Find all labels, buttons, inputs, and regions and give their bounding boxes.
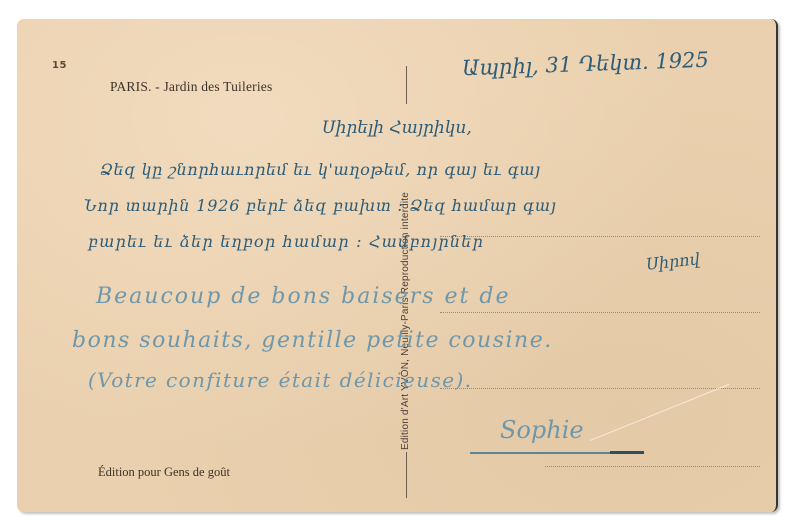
postcard-title: PARIS. - Jardin des Tuileries (110, 79, 272, 95)
divider-bottom (406, 452, 407, 498)
handwritten-greeting: Սիրելի Հայրիկս, (322, 118, 472, 138)
french-line-1: Beaucoup de bons baisers et de (96, 284, 510, 309)
card-number: 15 (52, 60, 67, 71)
french-line-3: (Votre confiture était délicieuse). (88, 368, 472, 392)
handwritten-line-1: Ձեզ կը շնորհաւորեմ եւ կ'աղօթեմ, որ գայ ե… (100, 160, 541, 179)
address-line-1 (440, 236, 760, 237)
handwritten-line-3: բարեւ եւ ձեր եղբօր համար : Համբոյրներ (88, 232, 484, 251)
address-line-2 (440, 312, 760, 313)
postcard-footer: Édition pour Gens de goût (98, 465, 230, 480)
publisher-credit: Edition d'Art YVON, Neuilly-Paris Reprod… (400, 105, 411, 450)
signature-underline (470, 452, 644, 454)
divider-top (406, 66, 407, 104)
address-line-4 (545, 466, 760, 467)
french-line-2: bons souhaits, gentille petite cousine. (72, 328, 553, 353)
handwritten-line-2: Նոր տարին 1926 բերէ ձեզ բախտ : Ձեզ համար… (84, 196, 557, 215)
signature: Sophie (500, 416, 584, 444)
address-line-3 (440, 388, 760, 389)
